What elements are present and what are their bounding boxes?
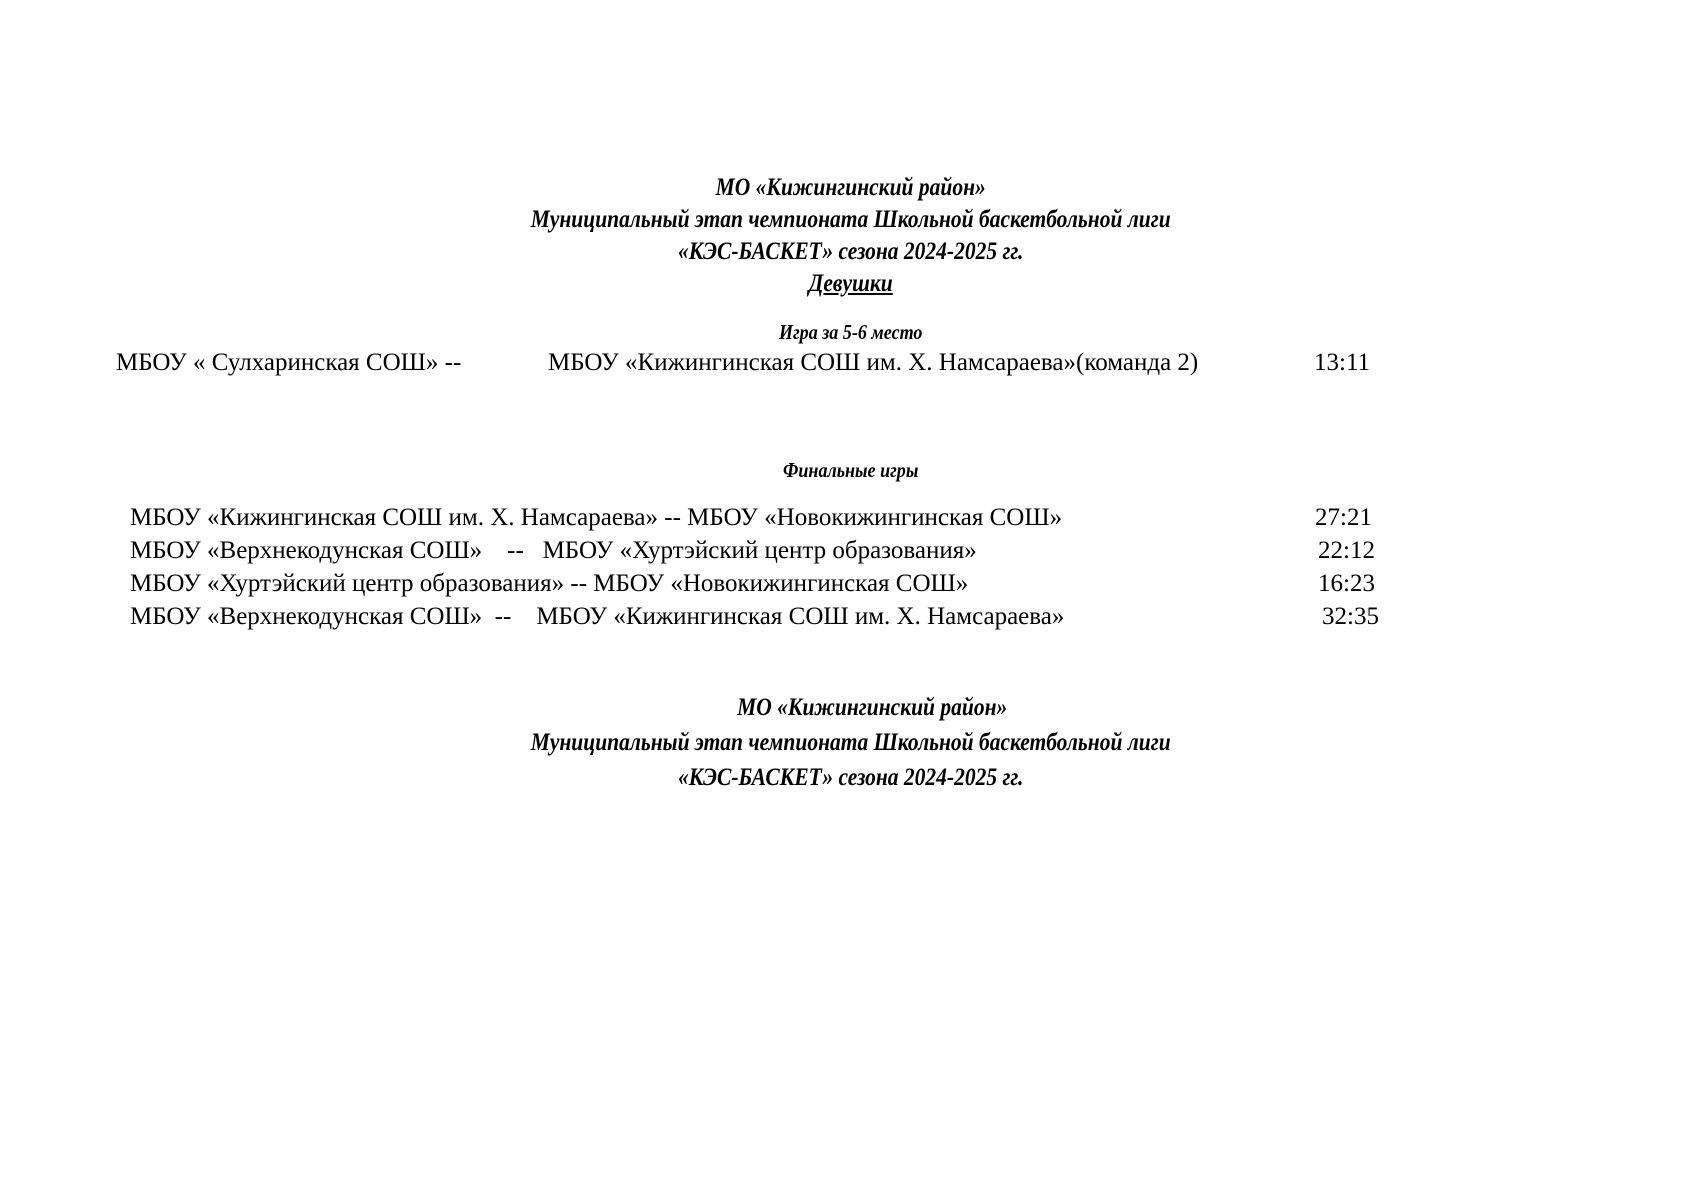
header-district: МО «Кижингинский район»	[120, 690, 1582, 725]
match-5-6-title: Игра за 5-6 место	[120, 320, 1582, 345]
match-5-6-team-a: МБОУ « Сулхаринская СОШ» --	[116, 348, 461, 378]
final-game-row: МБОУ «Верхнекодунская СОШ» -- МБОУ «Кижи…	[130, 602, 1064, 632]
header-season: «КЭС-БАСКЕТ» сезона 2024-2025 гг.	[120, 236, 1582, 268]
final-game-score: 32:35	[1322, 602, 1379, 632]
header-district: МО «Кижингинский район»	[120, 172, 1582, 204]
header-bottom: МО «Кижингинский район» Муниципальный эт…	[120, 690, 1582, 795]
final-game-score: 16:23	[1318, 569, 1375, 599]
header-event: Муниципальный этап чемпионата Школьной б…	[120, 725, 1582, 760]
finals-title: Финальные игры	[120, 458, 1582, 483]
header-event: Муниципальный этап чемпионата Школьной б…	[120, 204, 1582, 236]
match-5-6-score: 13:11	[1314, 348, 1370, 378]
final-game-score: 27:21	[1315, 503, 1372, 533]
final-game-row: МБОУ «Хуртэйский центр образования» -- М…	[130, 569, 968, 599]
header-season: «КЭС-БАСКЕТ» сезона 2024-2025 гг.	[120, 760, 1582, 795]
header-top: МО «Кижингинский район» Муниципальный эт…	[120, 172, 1582, 300]
category-title: Девушки	[809, 270, 893, 297]
final-game-row: МБОУ «Кижингинская СОШ им. Х. Намсараева…	[130, 503, 1062, 533]
match-5-6-team-b: МБОУ «Кижингинская СОШ им. Х. Намсараева…	[548, 348, 1198, 378]
final-game-score: 22:12	[1318, 536, 1375, 566]
final-game-row: МБОУ «Верхнекодунская СОШ» -- МБОУ «Хурт…	[130, 536, 977, 566]
